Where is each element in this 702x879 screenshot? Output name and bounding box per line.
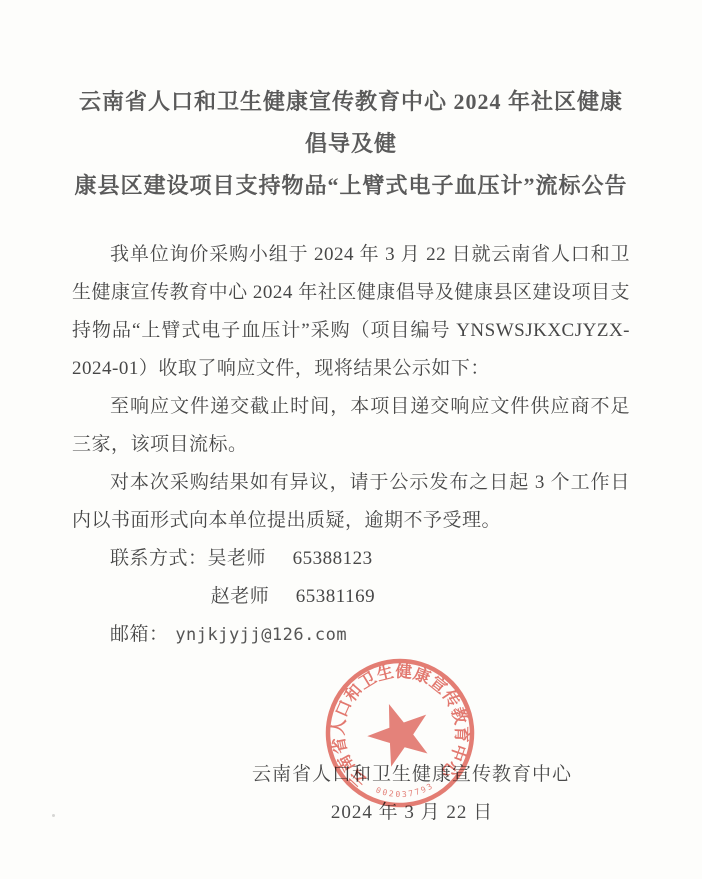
signature-area: 云南省人口和卫生健康宣传教育中心 2024 年 3 月 22 日 [72, 756, 630, 832]
contact-label: 联系方式： [110, 548, 208, 569]
title-line-1: 云南省人口和卫生健康宣传教育中心 2024 年社区健康倡导及健 [72, 81, 630, 165]
signature-date: 2024 年 3 月 22 日 [252, 794, 572, 832]
contact-person-2-phone: 65381169 [296, 586, 375, 607]
document-body: 我单位询价采购小组于 2024 年 3 月 22 日就云南省人口和卫生健康宣传教… [72, 236, 630, 540]
signature-org-name: 云南省人口和卫生健康宣传教育中心 [252, 756, 572, 794]
contact-line-3: 邮箱：ynjkjyjj@126.com [72, 616, 630, 654]
contact-person-1-name: 吴老师 [208, 548, 267, 569]
contact-person-1-phone: 65388123 [293, 548, 373, 569]
paragraph-objection-notice: 对本次采购结果如有异议，请于公示发布之日起 3 个工作日内以书面形式向本单位提出… [72, 464, 630, 540]
contact-line-1: 联系方式：吴老师65388123 [72, 540, 630, 578]
scanned-document-page: 云南省人口和卫生健康宣传教育中心 2024 年社区健康倡导及健 康县区建设项目支… [0, 0, 702, 879]
contact-line-2: 赵老师65381169 [72, 578, 630, 616]
signature-block: 云南省人口和卫生健康宣传教育中心 2024 年 3 月 22 日 [252, 756, 572, 832]
document-title: 云南省人口和卫生健康宣传教育中心 2024 年社区健康倡导及健 康县区建设项目支… [72, 81, 630, 207]
paragraph-procurement-result: 我单位询价采购小组于 2024 年 3 月 22 日就云南省人口和卫生健康宣传教… [72, 236, 630, 388]
contact-block: 联系方式：吴老师65388123 赵老师65381169 邮箱：ynjkjyjj… [72, 540, 630, 654]
title-line-2: 康县区建设项目支持物品“上臂式电子血压计”流标公告 [72, 165, 630, 207]
email-address: ynjkjyjj@126.com [175, 625, 347, 645]
contact-person-2-name: 赵老师 [211, 586, 270, 607]
email-label: 邮箱： [110, 624, 169, 645]
paragraph-failed-bid: 至响应文件递交截止时间，本项目递交响应文件供应商不足三家，该项目流标。 [72, 388, 630, 464]
scan-speck [52, 814, 55, 817]
